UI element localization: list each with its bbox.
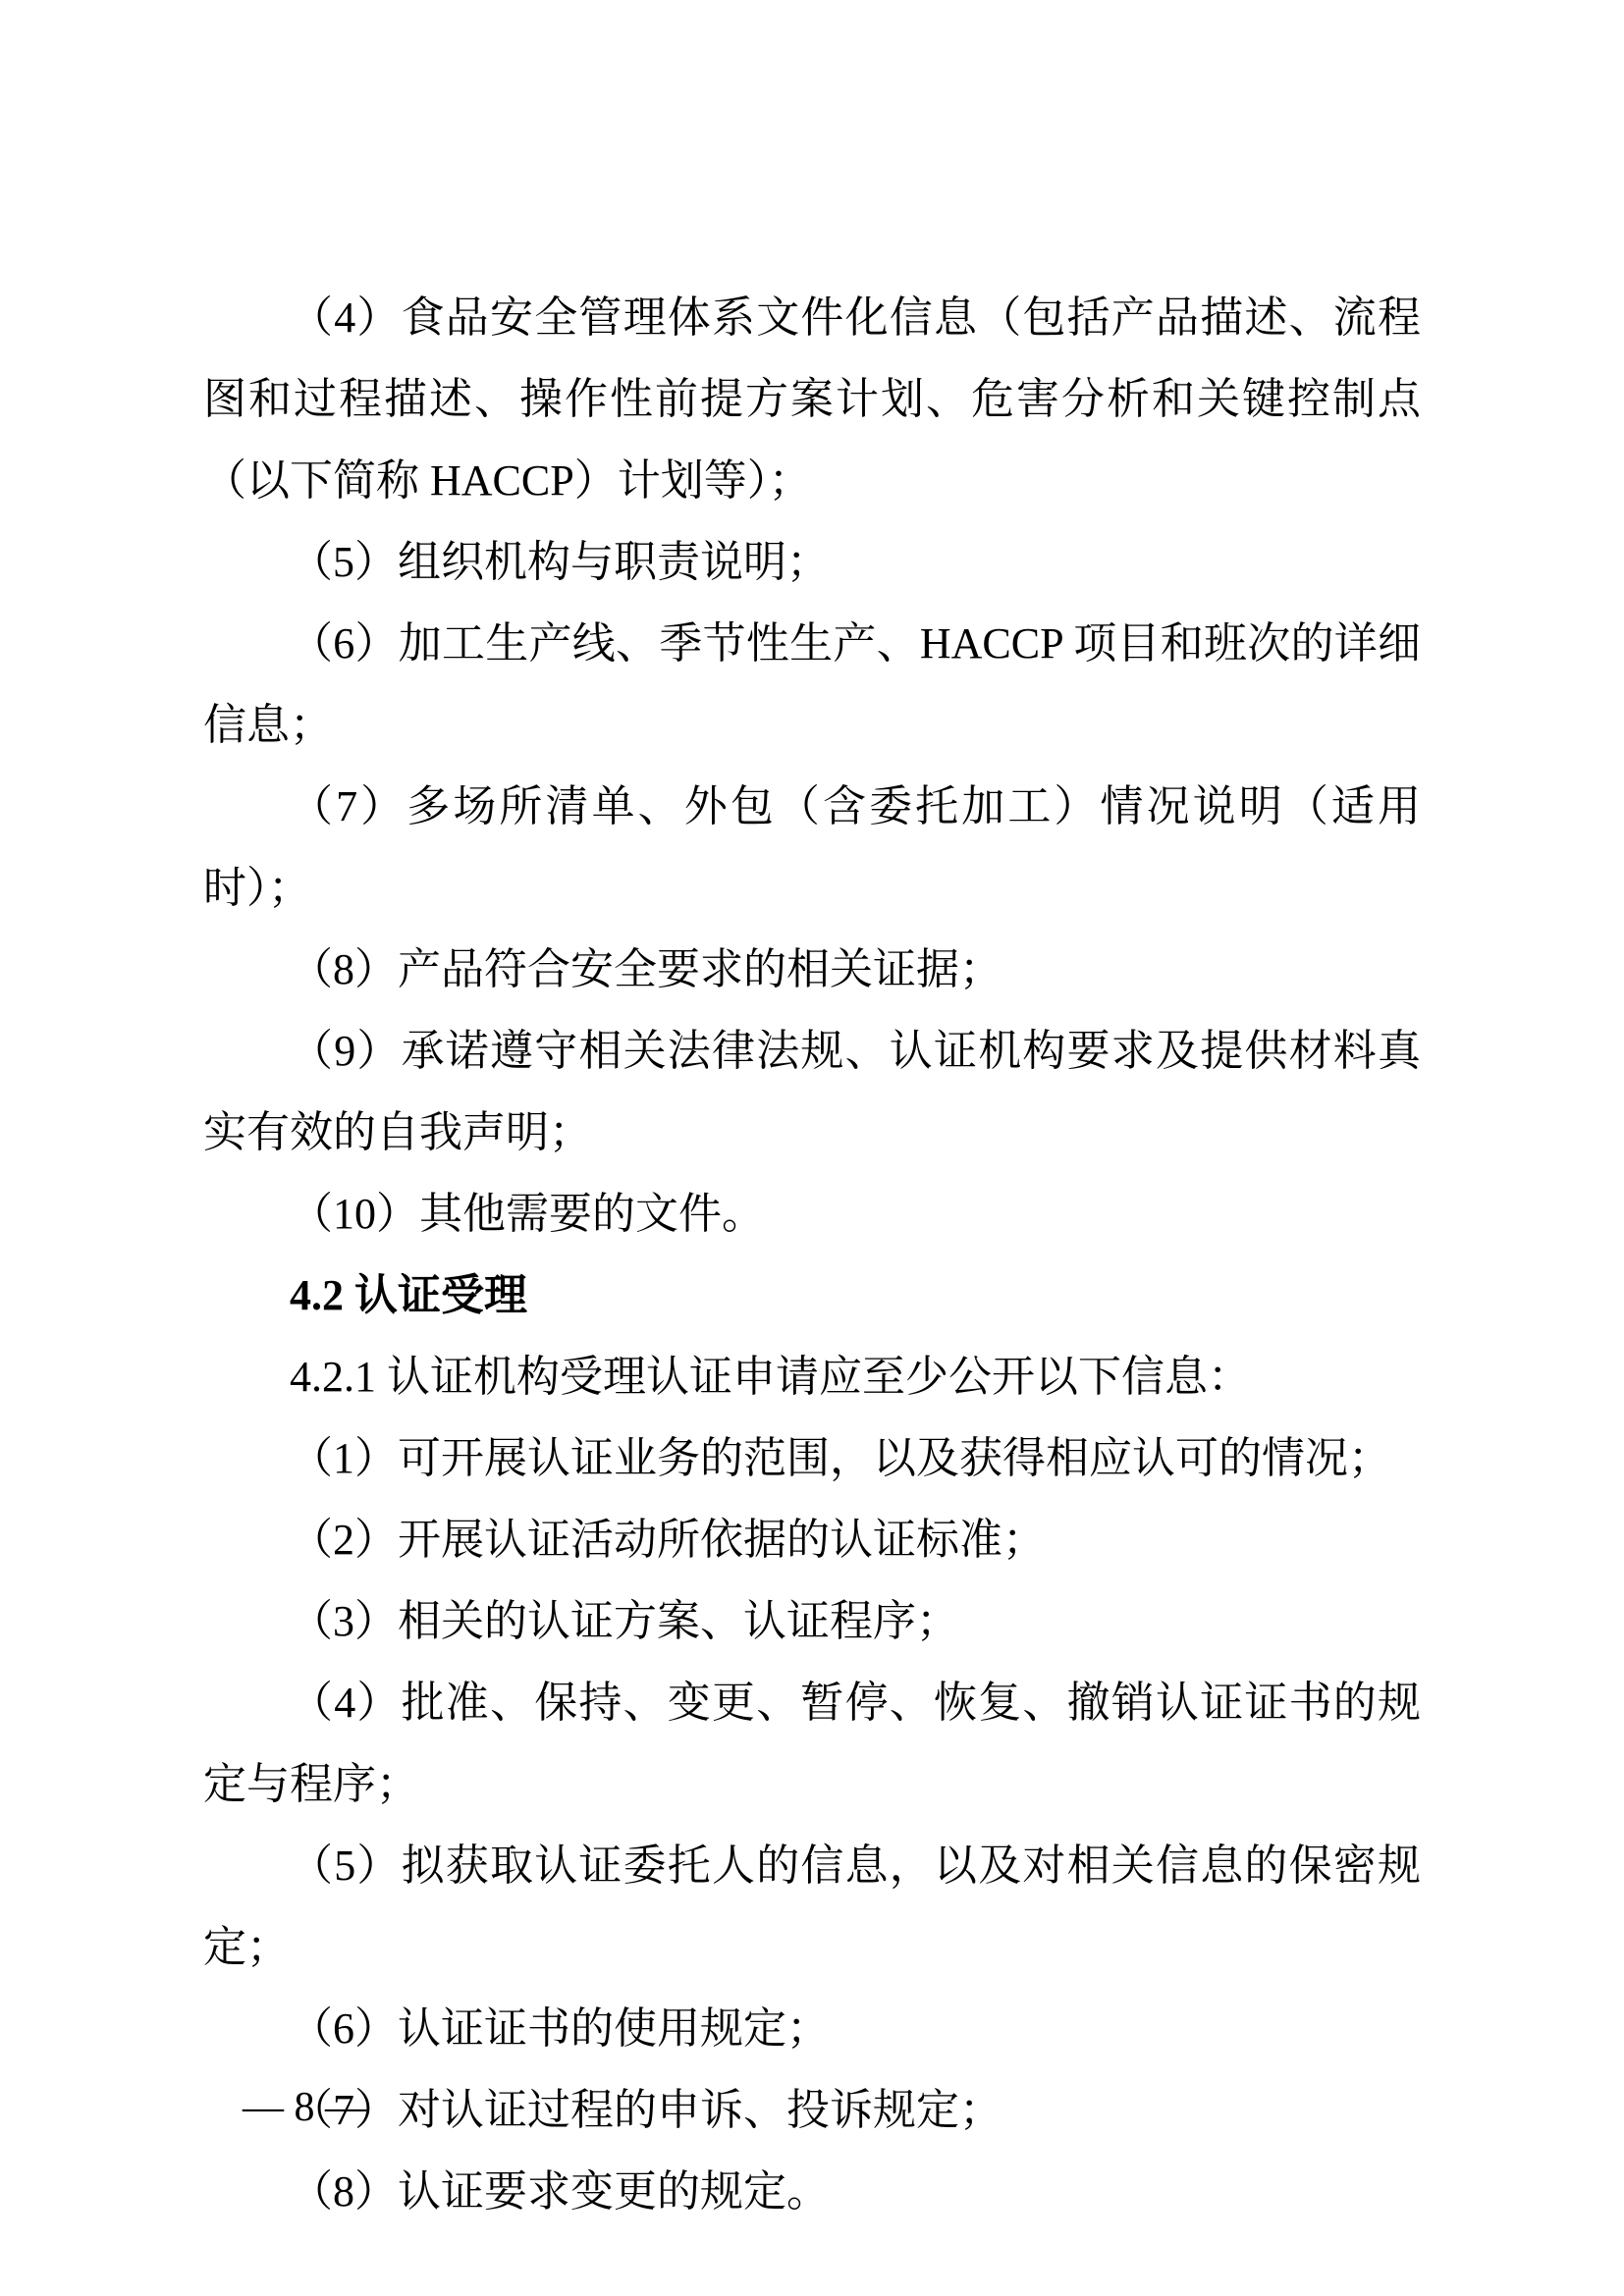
page-footer: — 8 — xyxy=(203,2067,1421,2149)
item-5-confidentiality: （5）拟获取认证委托人的信息，以及对相关信息的保密规定； xyxy=(203,1825,1421,1988)
item-8-product-evidence: （8）产品符合安全要求的相关证据； xyxy=(203,929,1421,1010)
item-2-certification-standards: （2）开展认证活动所依据的认证标准； xyxy=(203,1499,1421,1580)
document-page: （4）食品安全管理体系文件化信息（包括产品描述、流程图和过程描述、操作性前提方案… xyxy=(0,0,1624,2296)
page-number: — 8 — xyxy=(243,2085,366,2130)
item-3-schemes-procedures: （3）相关的认证方案、认证程序； xyxy=(203,1580,1421,1662)
item-6-certificate-use: （6）认证证书的使用规定； xyxy=(203,1988,1421,2069)
heading-4-2: 4.2 认证受理 xyxy=(203,1255,1421,1336)
item-9-self-declaration: （9）承诺遵守相关法律法规、认证机构要求及提供材料真实有效的自我声明； xyxy=(203,1010,1421,1173)
item-1-certification-scope: （1）可开展认证业务的范围，以及获得相应认可的情况； xyxy=(203,1417,1421,1499)
clause-4-2-1: 4.2.1 认证机构受理认证申请应至少公开以下信息： xyxy=(203,1336,1421,1417)
item-8-requirement-changes: （8）认证要求变更的规定。 xyxy=(203,2151,1421,2232)
item-4-certificate-rules: （4）批准、保持、变更、暂停、恢复、撤销认证证书的规定与程序； xyxy=(203,1662,1421,1825)
item-4-documented-info: （4）食品安全管理体系文件化信息（包括产品描述、流程图和过程描述、操作性前提方案… xyxy=(203,277,1421,521)
document-body: （4）食品安全管理体系文件化信息（包括产品描述、流程图和过程描述、操作性前提方案… xyxy=(203,277,1421,2232)
item-7-multisite-outsourcing: （7）多场所清单、外包（含委托加工）情况说明（适用时）； xyxy=(203,766,1421,929)
item-6-production-lines: （6）加工生产线、季节性生产、HACCP 项目和班次的详细信息； xyxy=(203,603,1421,766)
item-5-org-structure: （5）组织机构与职责说明； xyxy=(203,521,1421,603)
item-10-other-documents: （10）其他需要的文件。 xyxy=(203,1173,1421,1255)
